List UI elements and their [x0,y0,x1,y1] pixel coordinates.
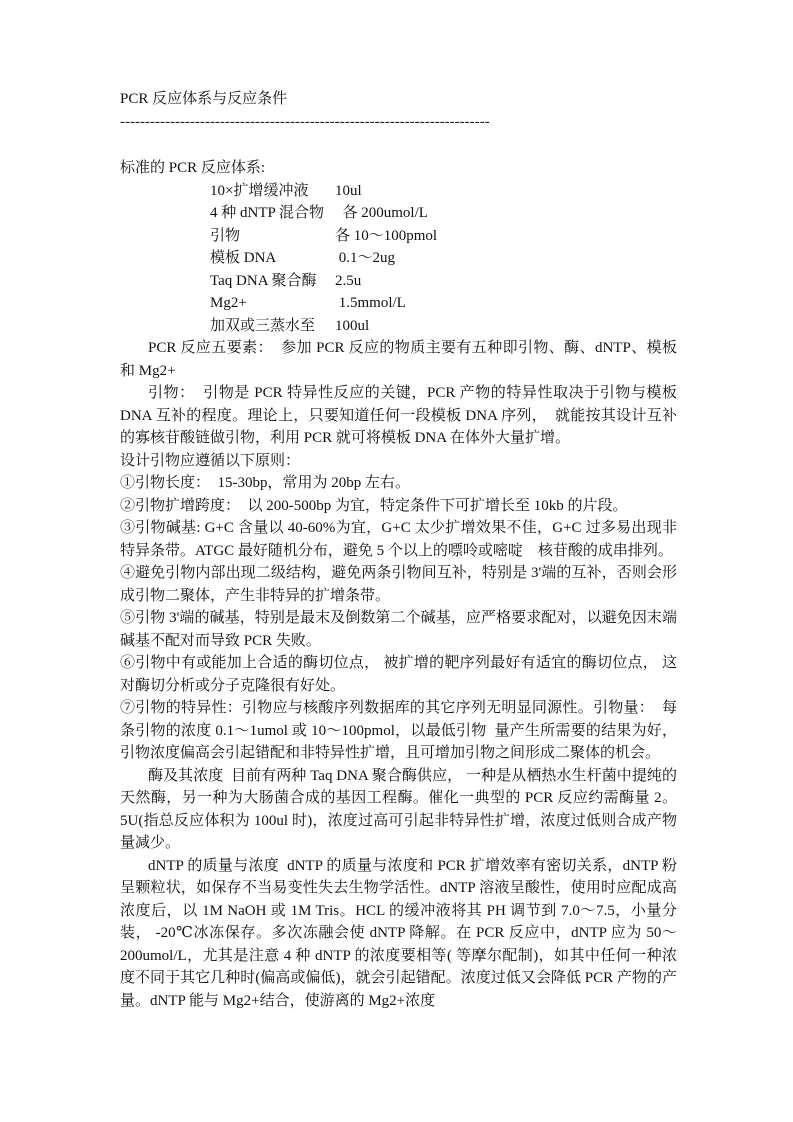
reagent-row: 加双或三蒸水至 100ul [120,315,677,338]
para-primer-intro: 引物： 引物是 PCR 特异性反应的关键，PCR 产物的特异性取决于引物与模板 … [120,382,677,450]
para-enzyme-concentration: 酶及其浓度 目前有两种 Taq DNA 聚合酶供应， 一种是从栖热水生杆菌中提纯… [120,765,677,855]
reagent-row: Taq DNA 聚合酶 2.5u [120,270,677,293]
para-rule-3-bases: ③引物碱基: G+C 含量以 40-60%为宜，G+C 太少扩增效果不佳，G+C… [120,517,677,562]
reagent-row: 10×扩增缓冲液 10ul [120,180,677,203]
para-dntp-quality: dNTP 的质量与浓度 dNTP 的质量与浓度和 PCR 扩增效率有密切关系，d… [120,855,677,1013]
para-primer-rules-heading: 设计引物应遵循以下原则： [120,450,677,473]
para-rule-6-restriction-site: ⑥引物中有或能加上合适的酶切位点， 被扩增的靶序列最好有适宜的酶切位点， 这对酶… [120,652,677,697]
para-rule-2-span: ②引物扩增跨度： 以 200-500bp 为宜，特定条件下可扩增长至 10kb … [120,495,677,518]
reagent-label: Mg2+ [210,292,335,315]
para-five-elements: PCR 反应五要素： 参加 PCR 反应的物质主要有五种即引物、酶、dNTP、模… [120,337,677,382]
reagent-row: 引物 各 10～100pmol [120,225,677,248]
para-rule-4-secondary-structure: ④避免引物内部出现二级结构，避免两条引物间互补，特别是 3'端的互补，否则会形成… [120,562,677,607]
reagent-value: 0.1～2ug [335,247,395,270]
document-content: PCR 反应体系与反应条件 --------------------------… [120,88,677,1012]
reagent-value: 10ul [335,180,362,203]
document-title: PCR 反应体系与反应条件 [120,88,677,111]
reagent-label: 4 种 dNTP 混合物 [210,202,335,225]
para-rule-7-specificity: ⑦引物的特异性：引物应与核酸序列数据库的其它序列无明显同源性。引物量： 每条引物… [120,697,677,765]
standard-system-heading: 标准的 PCR 反应体系: [120,157,677,180]
reagent-value: 2.5u [335,270,361,293]
reagent-value: 各 10～100pmol [335,225,437,248]
divider-line: ----------------------------------------… [120,111,677,134]
reagent-value: 1.5mmol/L [335,292,406,315]
para-rule-5-3prime-base: ⑤引物 3'端的碱基，特别是最末及倒数第二个碱基，应严格要求配对，以避免因末端碱… [120,607,677,652]
reagent-label: 引物 [210,225,335,248]
reagent-row: 模板 DNA 0.1～2ug [120,247,677,270]
reagent-list: 10×扩增缓冲液 10ul 4 种 dNTP 混合物 各 200umol/L 引… [120,180,677,338]
para-rule-1-length: ①引物长度： 15-30bp，常用为 20bp 左右。 [120,472,677,495]
reagent-label: 加双或三蒸水至 [210,315,335,338]
reagent-label: 模板 DNA [210,247,335,270]
reagent-label: Taq DNA 聚合酶 [210,270,335,293]
reagent-value: 100ul [335,315,369,338]
document-page: PCR 反应体系与反应条件 --------------------------… [0,0,793,1122]
reagent-value: 各 200umol/L [335,202,428,225]
reagent-row: 4 种 dNTP 混合物 各 200umol/L [120,202,677,225]
reagent-row: Mg2+ 1.5mmol/L [120,292,677,315]
reagent-label: 10×扩增缓冲液 [210,180,335,203]
